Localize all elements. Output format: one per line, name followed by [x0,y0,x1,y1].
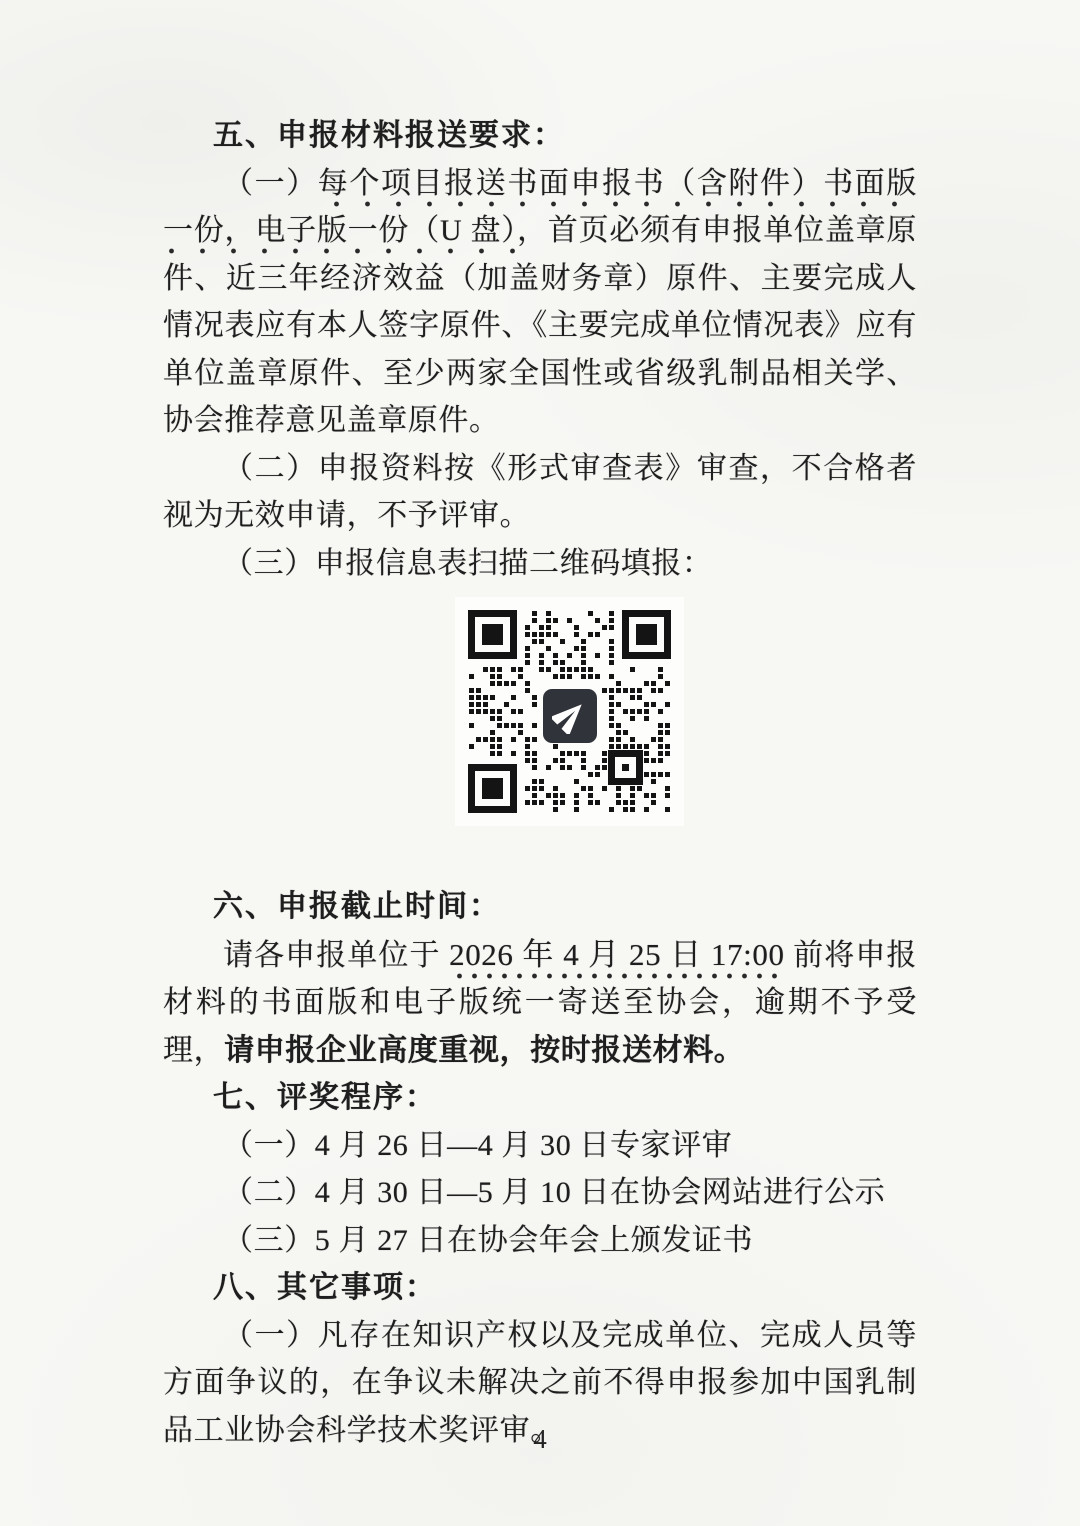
document-body: 五、申报材料报送要求： （一）每个项目报送书面申报书（含附件）书面版一份，电子版… [163,112,917,1454]
section6-heading: 六、申报截止时间： [163,883,917,931]
page-number: 4 [0,1424,1080,1455]
section6-paragraph: 请各申报单位于 2026 年 4 月 25 日 17:00 前将申报材料的书面版… [163,931,917,1075]
section5-item1-label: （一） [223,167,318,200]
section7-item-1: （一）4 月 26 日—4 月 30 日专家评审 [163,1122,917,1170]
section5-item2: （二）申报资料按《形式审查表》审查，不合格者视为无效申请，不予评审。 [163,445,917,540]
section7-item-3: （三）5 月 27 日在协会年会上颁发证书 [163,1217,917,1265]
qr-code-block [455,597,684,847]
deadline-lead-text: 请各申报单位于 [223,939,449,972]
section7-heading: 七、评奖程序： [163,1074,917,1122]
qr-center-logo [543,689,597,743]
deadline-bold-reminder: 请申报企业高度重视，按时报送材料。 [224,1034,744,1067]
section7-item-2: （二）4 月 30 日—5 月 10 日在协会网站进行公示 [163,1169,917,1217]
paper-plane-icon [552,698,588,734]
section5-heading: 五、申报材料报送要求： [163,112,917,160]
section5-item3: （三）申报信息表扫描二维码填报： [163,540,917,588]
section8-heading: 八、其它事项： [163,1264,917,1312]
document-page: 五、申报材料报送要求： （一）每个项目报送书面申报书（含附件）书面版一份，电子版… [0,0,1080,1526]
section5-item1: （一）每个项目报送书面申报书（含附件）书面版一份，电子版一份（U 盘），首页必须… [163,160,917,445]
deadline-date: 2026 年 4 月 25 日 17:00 [449,937,785,979]
